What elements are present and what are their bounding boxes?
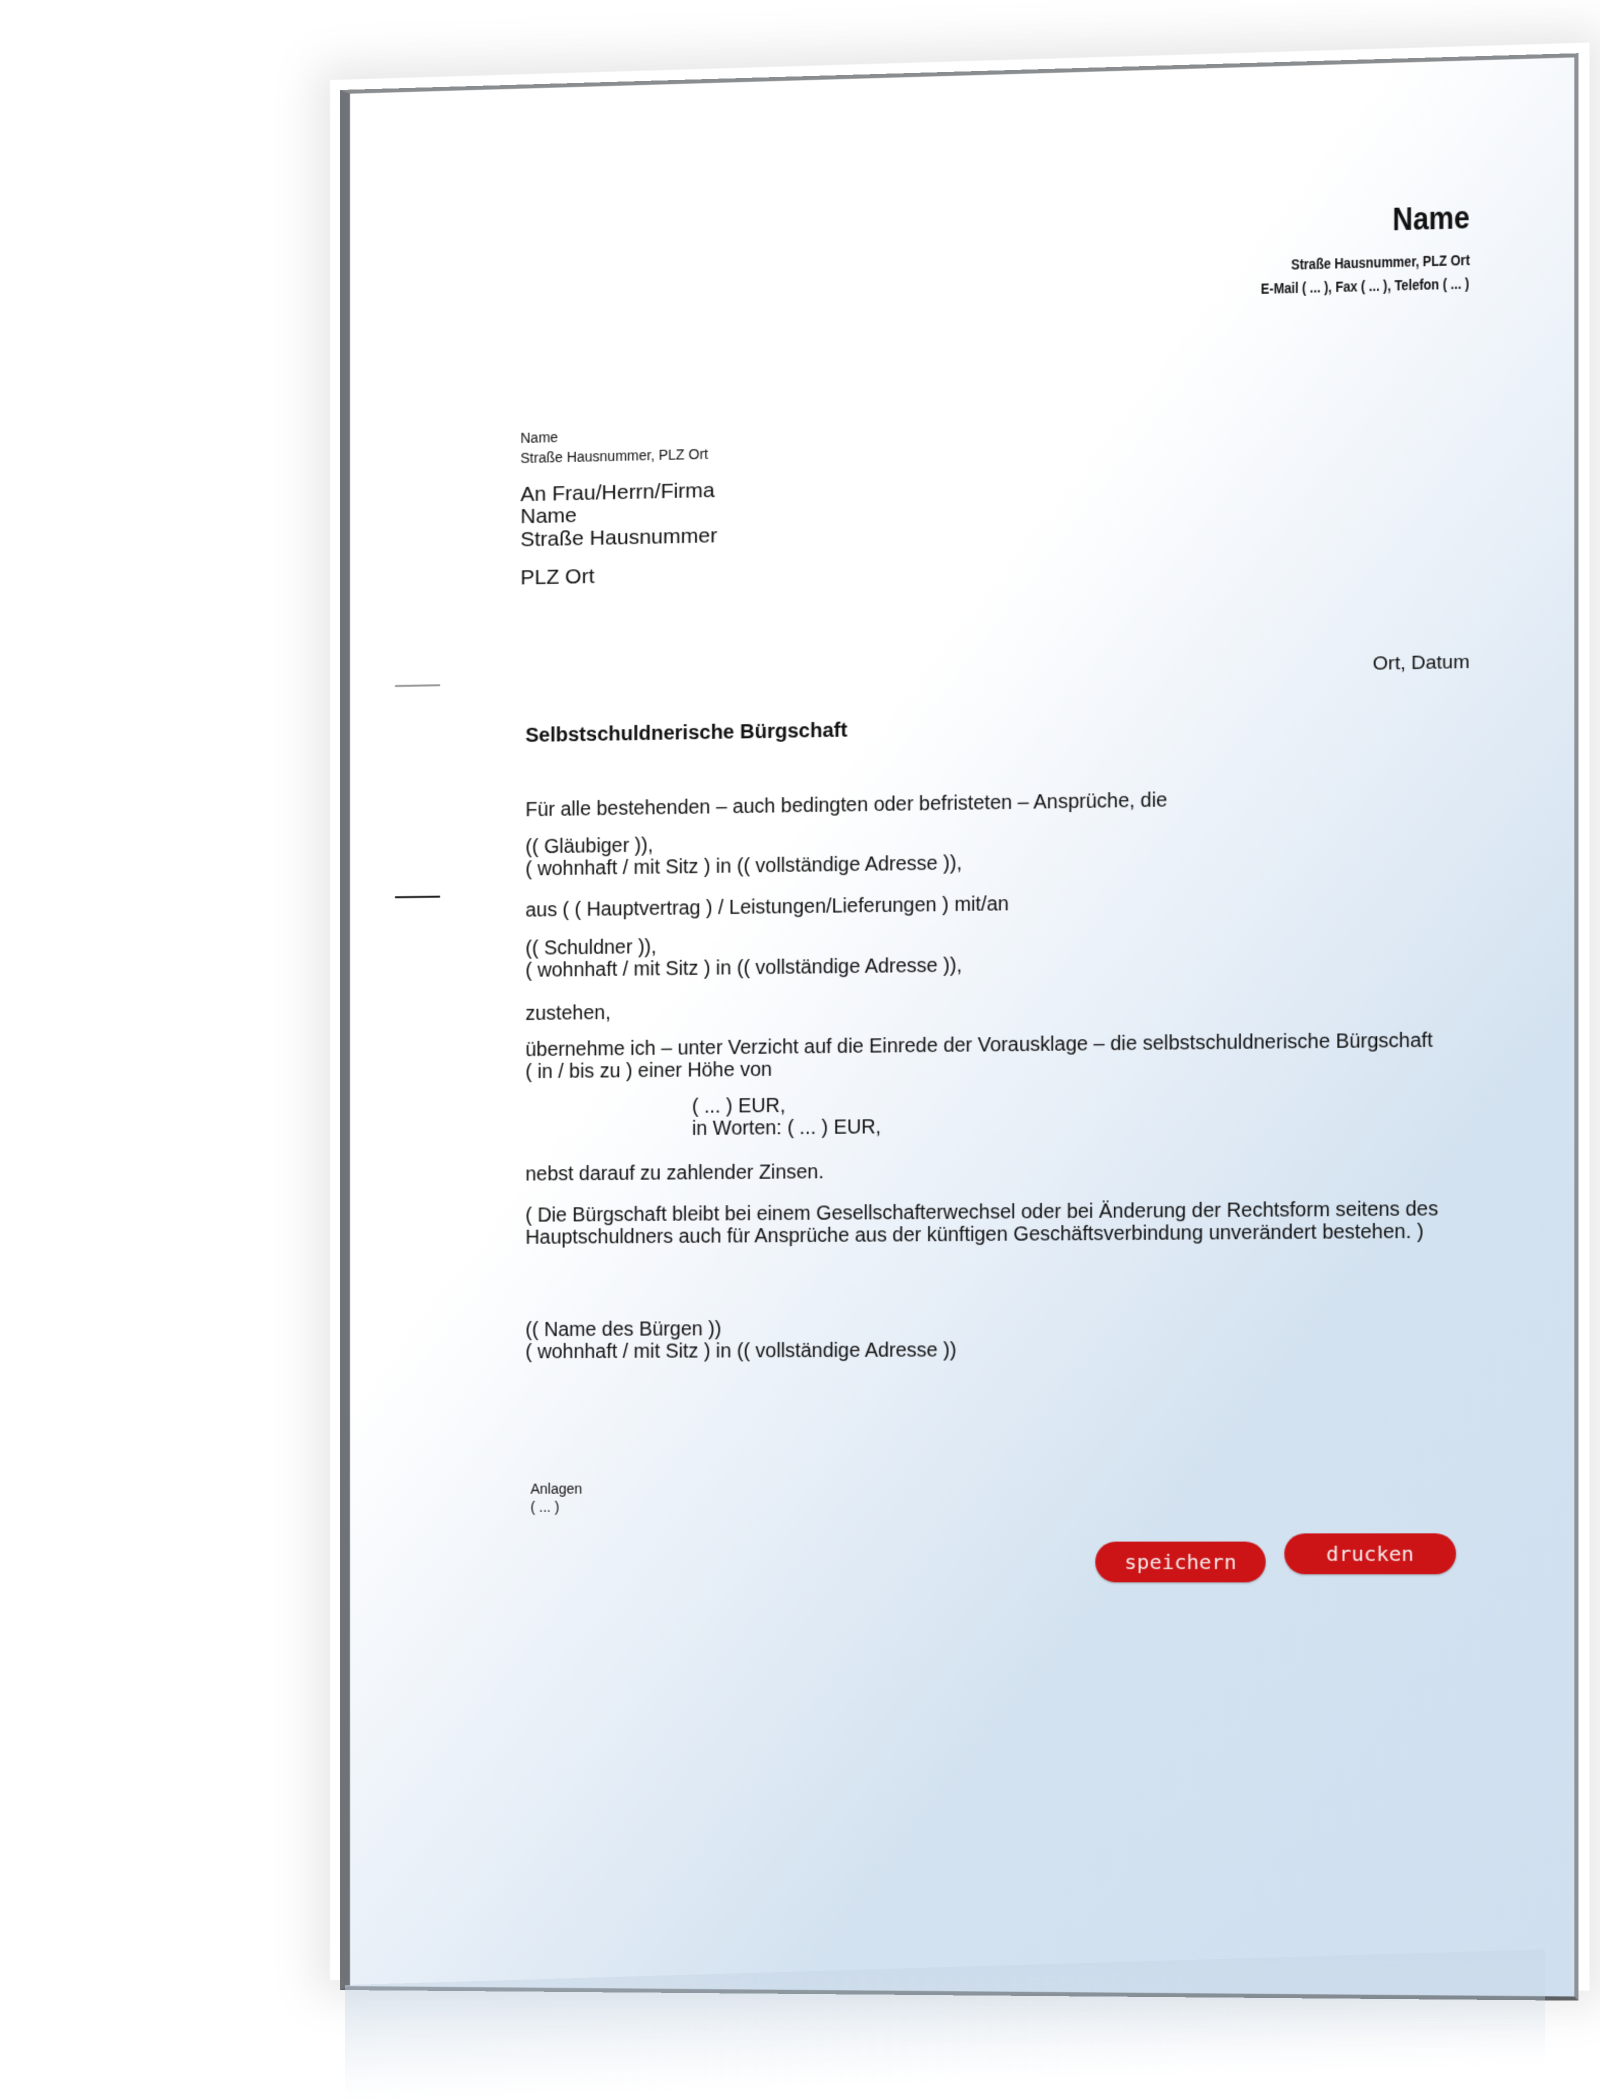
- print-button[interactable]: drucken: [1284, 1533, 1456, 1574]
- recipient-city: PLZ Ort: [520, 566, 594, 590]
- body-line: zustehen,: [525, 1002, 610, 1025]
- document-preview: Name Straße Hausnummer, PLZ Ort E-Mail (…: [0, 0, 1600, 2100]
- body-line: Hauptschuldners auch für Ansprüche aus d…: [525, 1221, 1423, 1249]
- place-date: Ort, Datum: [1373, 652, 1470, 676]
- body-line: (( Gläubiger )),: [525, 834, 653, 858]
- return-address-street: Straße Hausnummer, PLZ Ort: [520, 446, 708, 466]
- sender-street: Straße Hausnummer, PLZ Ort: [1291, 252, 1470, 273]
- amount-words-line: in Worten: ( ... ) EUR,: [692, 1116, 881, 1140]
- guarantor-address: ( wohnhaft / mit Sitz ) in (( vollständi…: [525, 1339, 956, 1363]
- recipient-street: Straße Hausnummer: [520, 525, 717, 551]
- body-line: ( in / bis zu ) einer Höhe von: [525, 1059, 772, 1084]
- recipient-salutation: An Frau/Herrn/Firma: [520, 480, 714, 506]
- annex-label: Anlagen: [530, 1481, 582, 1497]
- punch-mark: [395, 896, 440, 899]
- save-button[interactable]: speichern: [1095, 1542, 1265, 1583]
- body-line: aus ( ( Hauptvertrag ) / Leistungen/Lief…: [525, 893, 1008, 922]
- letter-subject: Selbstschuldnerische Bürgschaft: [525, 719, 847, 748]
- body-line: übernehme ich – unter Verzicht auf die E…: [525, 1029, 1432, 1061]
- guarantor-name: (( Name des Bürgen )): [525, 1318, 721, 1341]
- sender-contact: E-Mail ( ... ), Fax ( ... ), Telefon ( .…: [1261, 275, 1469, 297]
- return-address-name: Name: [520, 429, 558, 446]
- sender-name: Name: [1392, 199, 1469, 239]
- letter-content: Name Straße Hausnummer, PLZ Ort E-Mail (…: [350, 57, 1574, 1996]
- body-line: nebst darauf zu zahlender Zinsen.: [525, 1161, 823, 1185]
- annex-value: ( ... ): [530, 1499, 559, 1515]
- amount-line: ( ... ) EUR,: [692, 1095, 785, 1118]
- recipient-name: Name: [520, 505, 576, 528]
- body-line: Für alle bestehenden – auch bedingten od…: [525, 789, 1167, 821]
- body-line: ( wohnhaft / mit Sitz ) in (( vollständi…: [525, 954, 962, 981]
- body-line: (( Schuldner )),: [525, 936, 656, 960]
- fold-mark: [395, 684, 440, 687]
- letter-sheet: Name Straße Hausnummer, PLZ Ort E-Mail (…: [340, 53, 1579, 2000]
